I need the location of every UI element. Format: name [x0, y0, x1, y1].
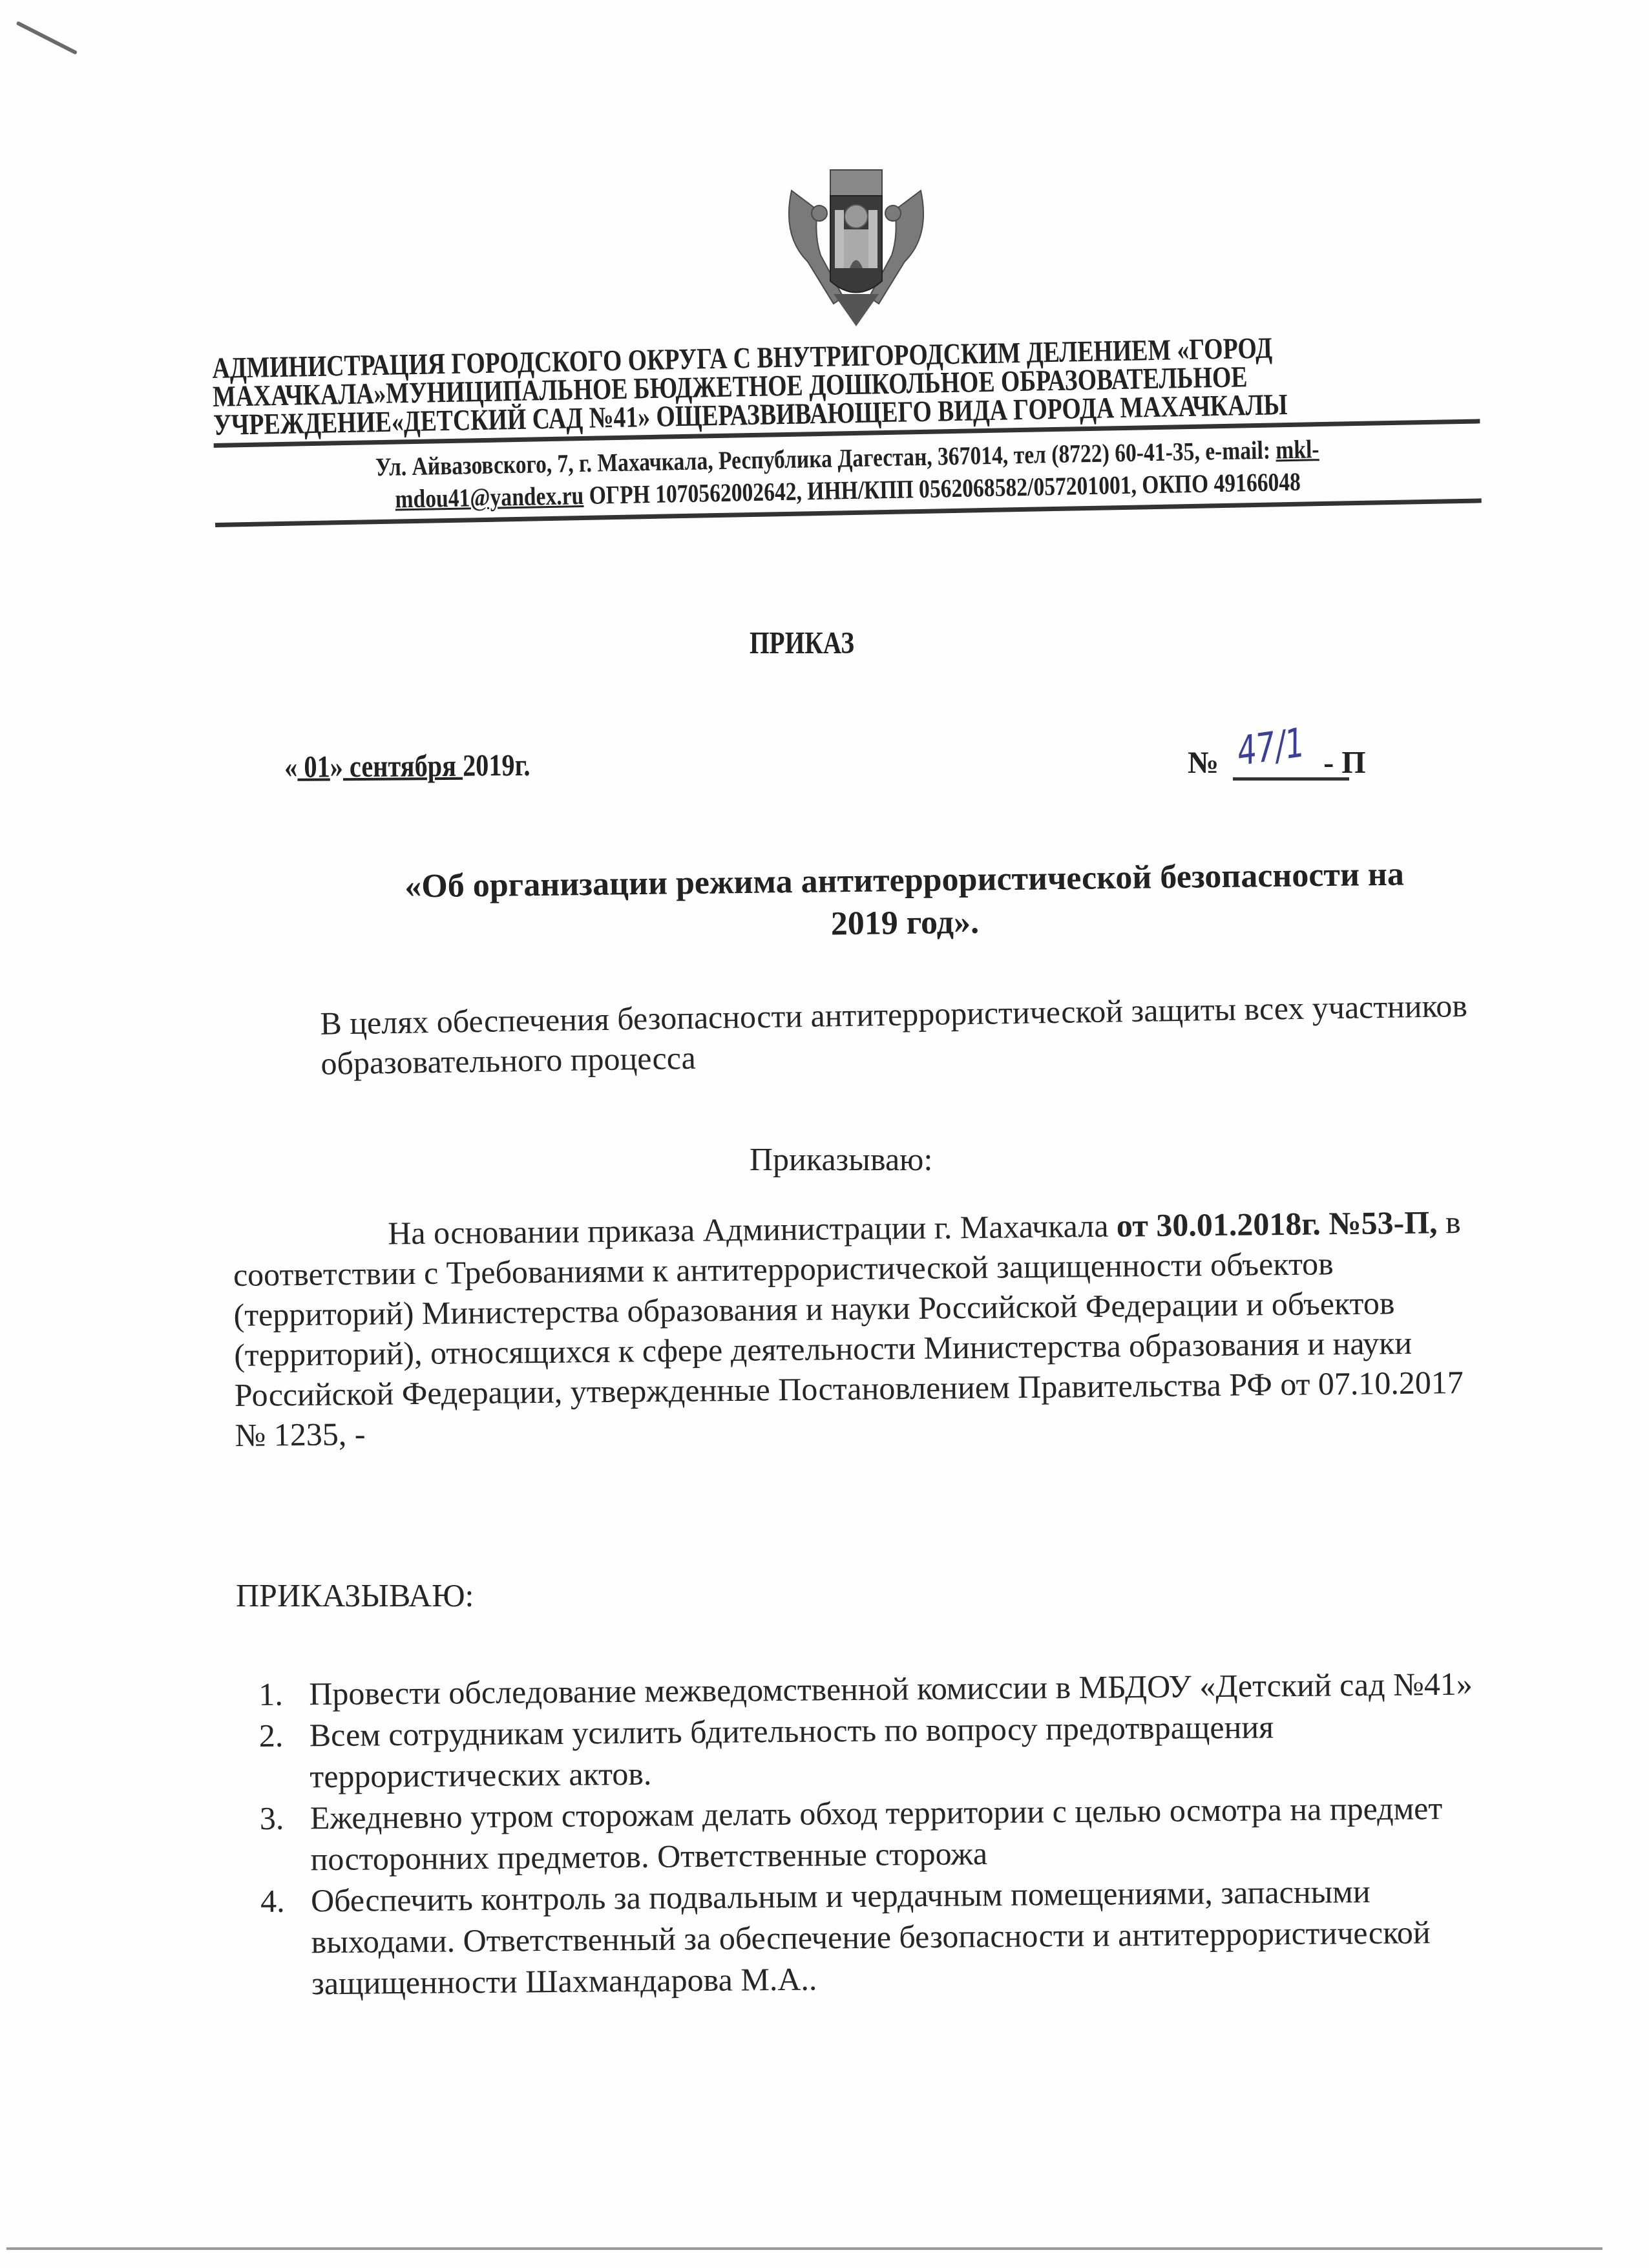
basis-paragraph: На основании приказа Администрации г. Ма…	[233, 1202, 1495, 1455]
basis-lead: На основании приказа Администрации г. Ма…	[233, 1208, 1117, 1253]
order-date: « 01» сентября 2019г.	[284, 748, 530, 785]
order-items: 1. Провести обследование межведомственно…	[258, 1663, 1489, 2004]
item-text: Ежедневно утром сторожам делать обход те…	[310, 1787, 1488, 1880]
email-link-part2[interactable]: mdou41@yandex.ru	[395, 481, 584, 514]
item-number: 1.	[258, 1673, 310, 1715]
item-number: 4.	[260, 1880, 312, 2004]
order-item: 3. Ежедневно утром сторожам делать обход…	[260, 1787, 1488, 1880]
intro-paragraph: В целях обеспечения безопасности антитер…	[229, 983, 1581, 1085]
date-year: 2019г.	[463, 748, 530, 783]
order-item: 2. Всем сотрудникам усилить бдительность…	[259, 1704, 1487, 1798]
order-number: № 47/1 - П	[1188, 740, 1366, 781]
date-open-quote: «	[284, 750, 297, 784]
staple-mark	[16, 21, 78, 55]
order-subject: «Об организации режима антитеррористичес…	[329, 852, 1480, 952]
item-text: Обеспечить контроль за подвальным и черд…	[311, 1869, 1489, 2004]
basis-reference: от 30.01.2018г. №53-П,	[1117, 1204, 1438, 1243]
number-sign: №	[1188, 745, 1219, 781]
order-heading-caps: ПРИКАЗЫВАЮ:	[236, 1577, 474, 1614]
scan-edge-line	[6, 2247, 1602, 2250]
letterhead: АДМИНИСТРАЦИЯ ГОРОДСКОГО ОКРУГА С ВНУТРИ…	[212, 330, 1482, 527]
order-item: 4. Обеспечить контроль за подвальным и ч…	[260, 1869, 1489, 2004]
date-day: 01	[297, 750, 330, 784]
item-number: 2.	[259, 1714, 310, 1798]
item-text: Всем сотрудникам усилить бдительность по…	[310, 1704, 1487, 1797]
scanned-page: АДМИНИСТРАЦИЯ ГОРОДСКОГО ОКРУГА С ВНУТРИ…	[0, 0, 1649, 2268]
email-link-part1[interactable]: mkl-	[1276, 434, 1319, 464]
item-number: 3.	[260, 1797, 311, 1880]
handwritten-number: 47/1	[1234, 719, 1308, 775]
coat-of-arms-icon	[769, 165, 943, 330]
document-type-title: ПРИКАЗ	[750, 625, 854, 661]
date-close-quote: »	[330, 750, 343, 784]
order-heading-centered: Приказываю:	[750, 1140, 932, 1178]
date-month: сентября	[343, 749, 463, 784]
number-field: 47/1	[1233, 740, 1349, 781]
